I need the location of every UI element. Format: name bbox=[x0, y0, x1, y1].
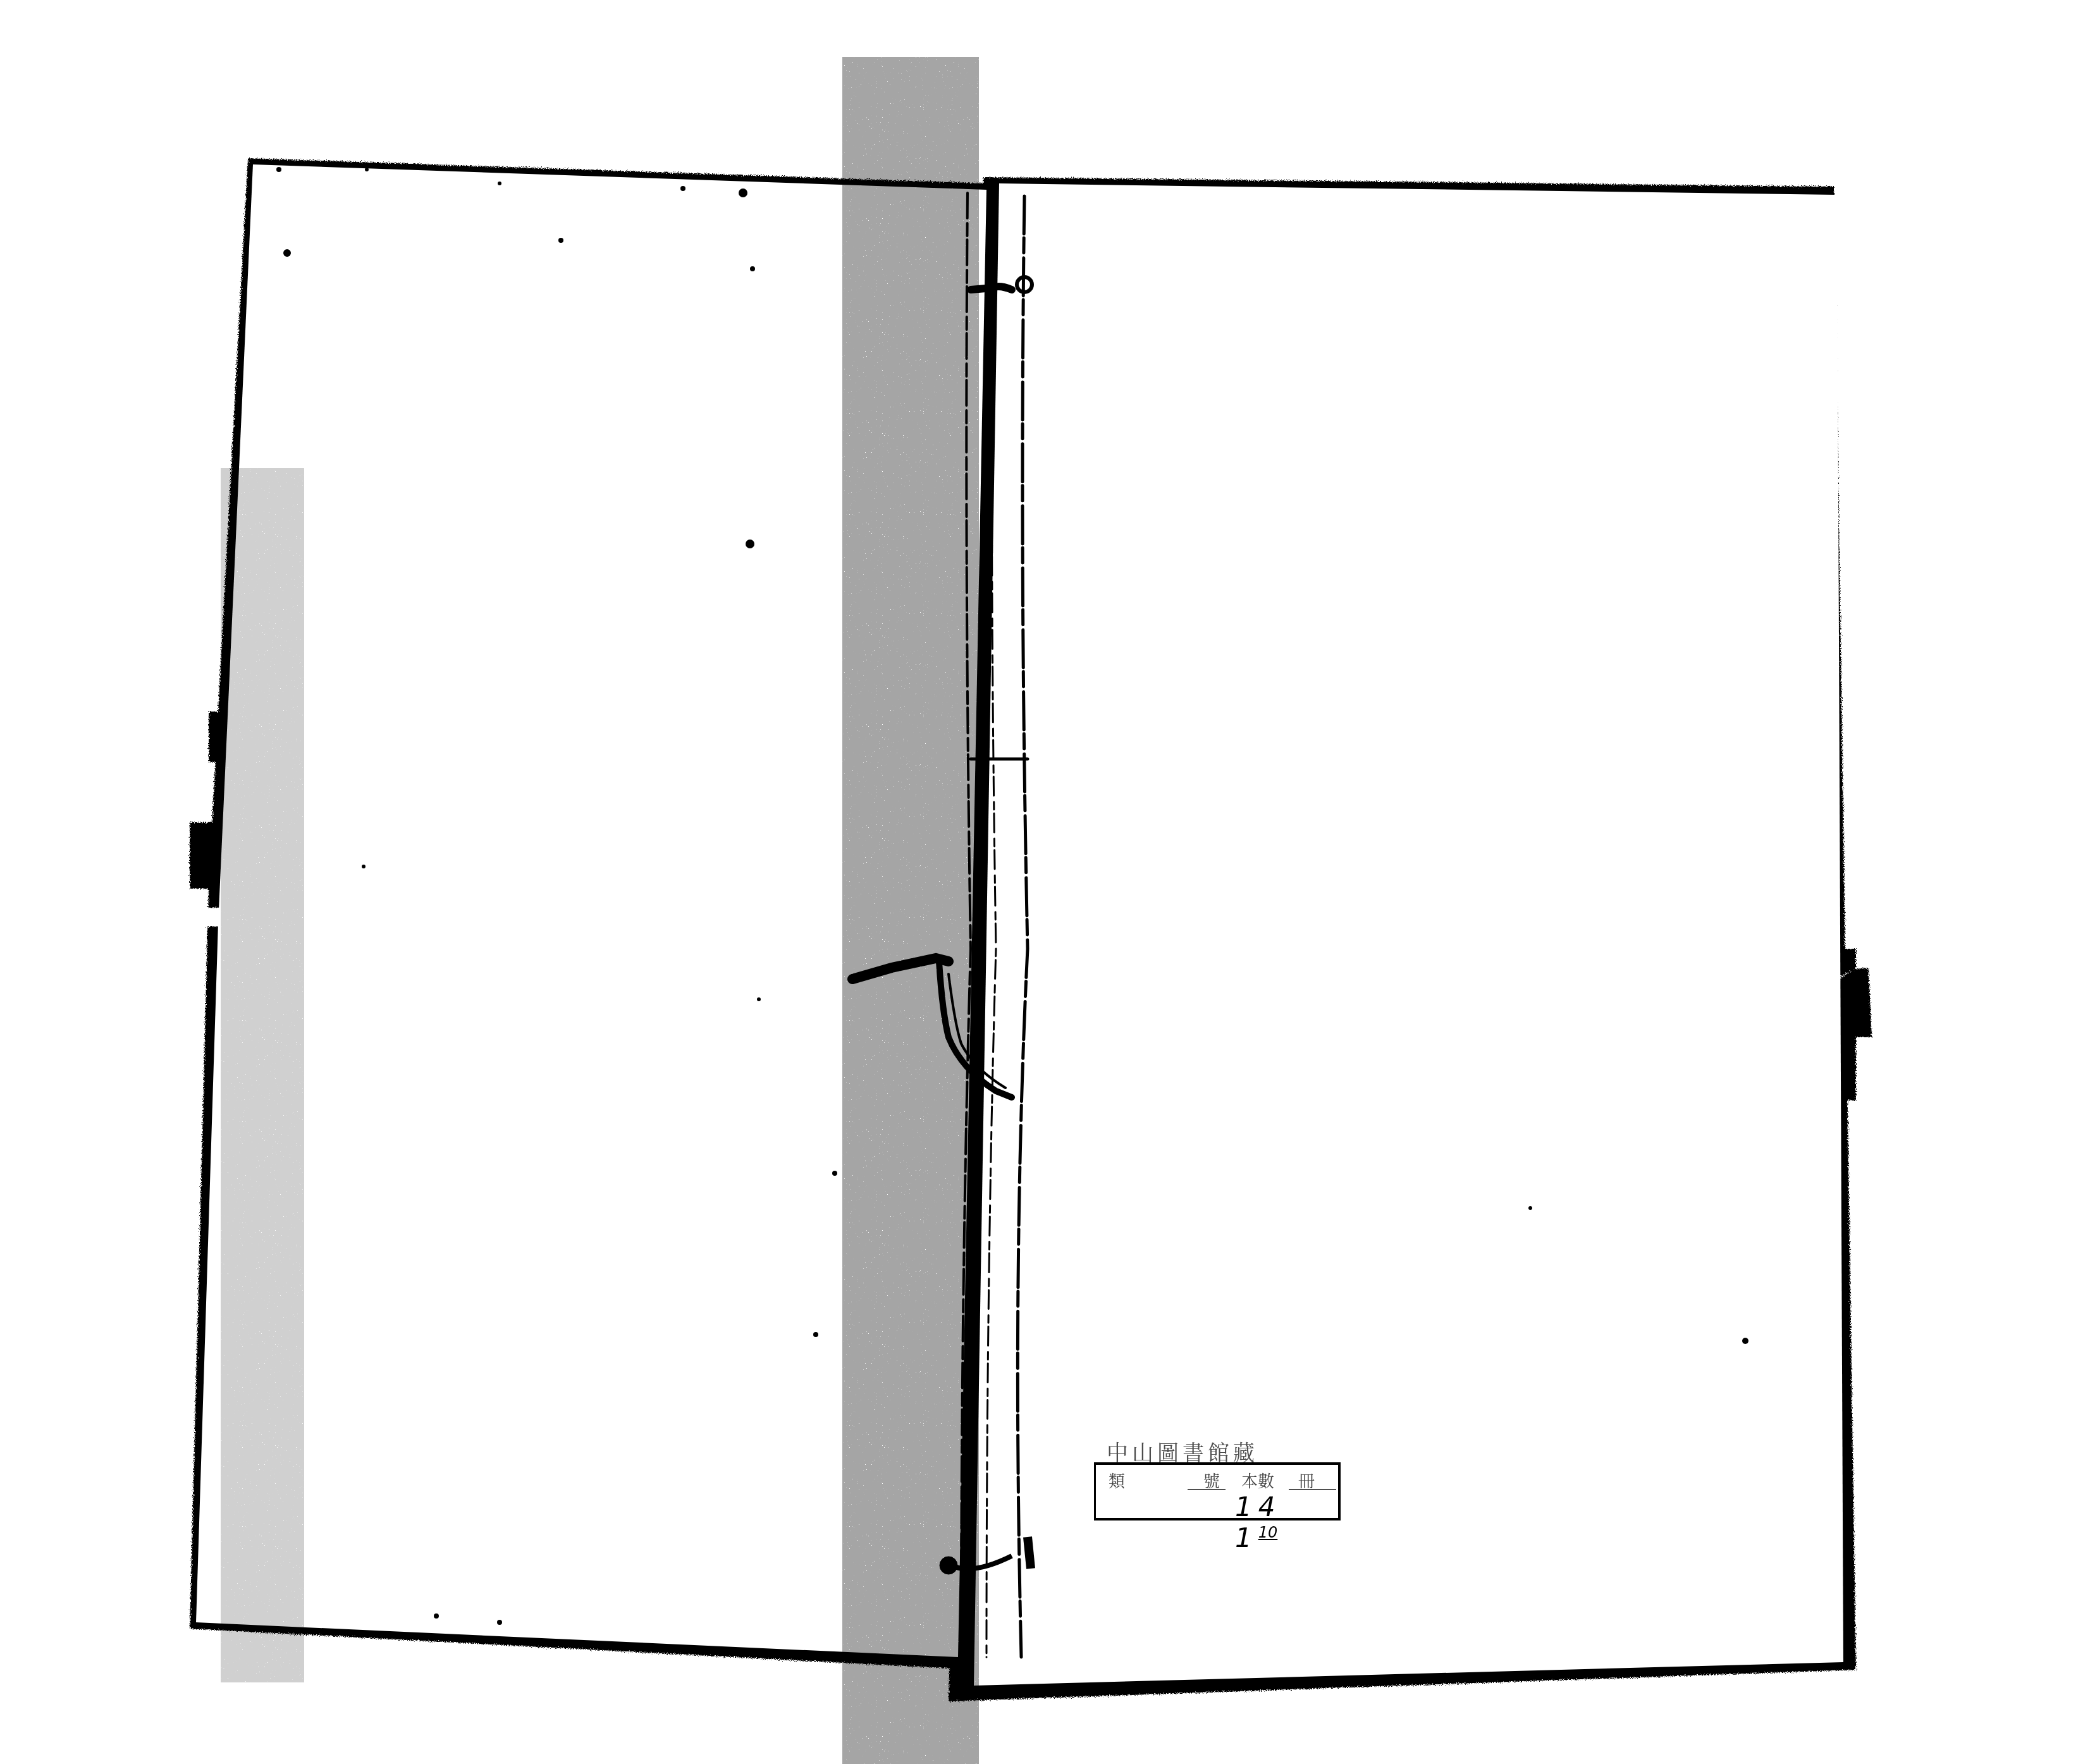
handwritten-entry: 14 110 bbox=[1235, 1491, 1338, 1553]
library-catalog-label: 中山圖書館藏 類 號 本數 冊 14 110 bbox=[1088, 1436, 1366, 1531]
handwritten-fraction: 1 bbox=[1235, 1522, 1258, 1553]
underline bbox=[1188, 1489, 1226, 1490]
label-field-row: 類 號 本數 冊 bbox=[1109, 1469, 1329, 1490]
label-field-category: 類 bbox=[1109, 1469, 1125, 1492]
underline bbox=[1289, 1489, 1336, 1490]
book-scan bbox=[0, 0, 2083, 1764]
handwritten-fraction-sup: 10 bbox=[1258, 1524, 1278, 1541]
handwritten-volume-count: 14 bbox=[1235, 1491, 1281, 1522]
label-field-volumes: 本數 bbox=[1241, 1469, 1274, 1492]
label-form-box: 類 號 本數 冊 14 110 bbox=[1094, 1462, 1341, 1520]
